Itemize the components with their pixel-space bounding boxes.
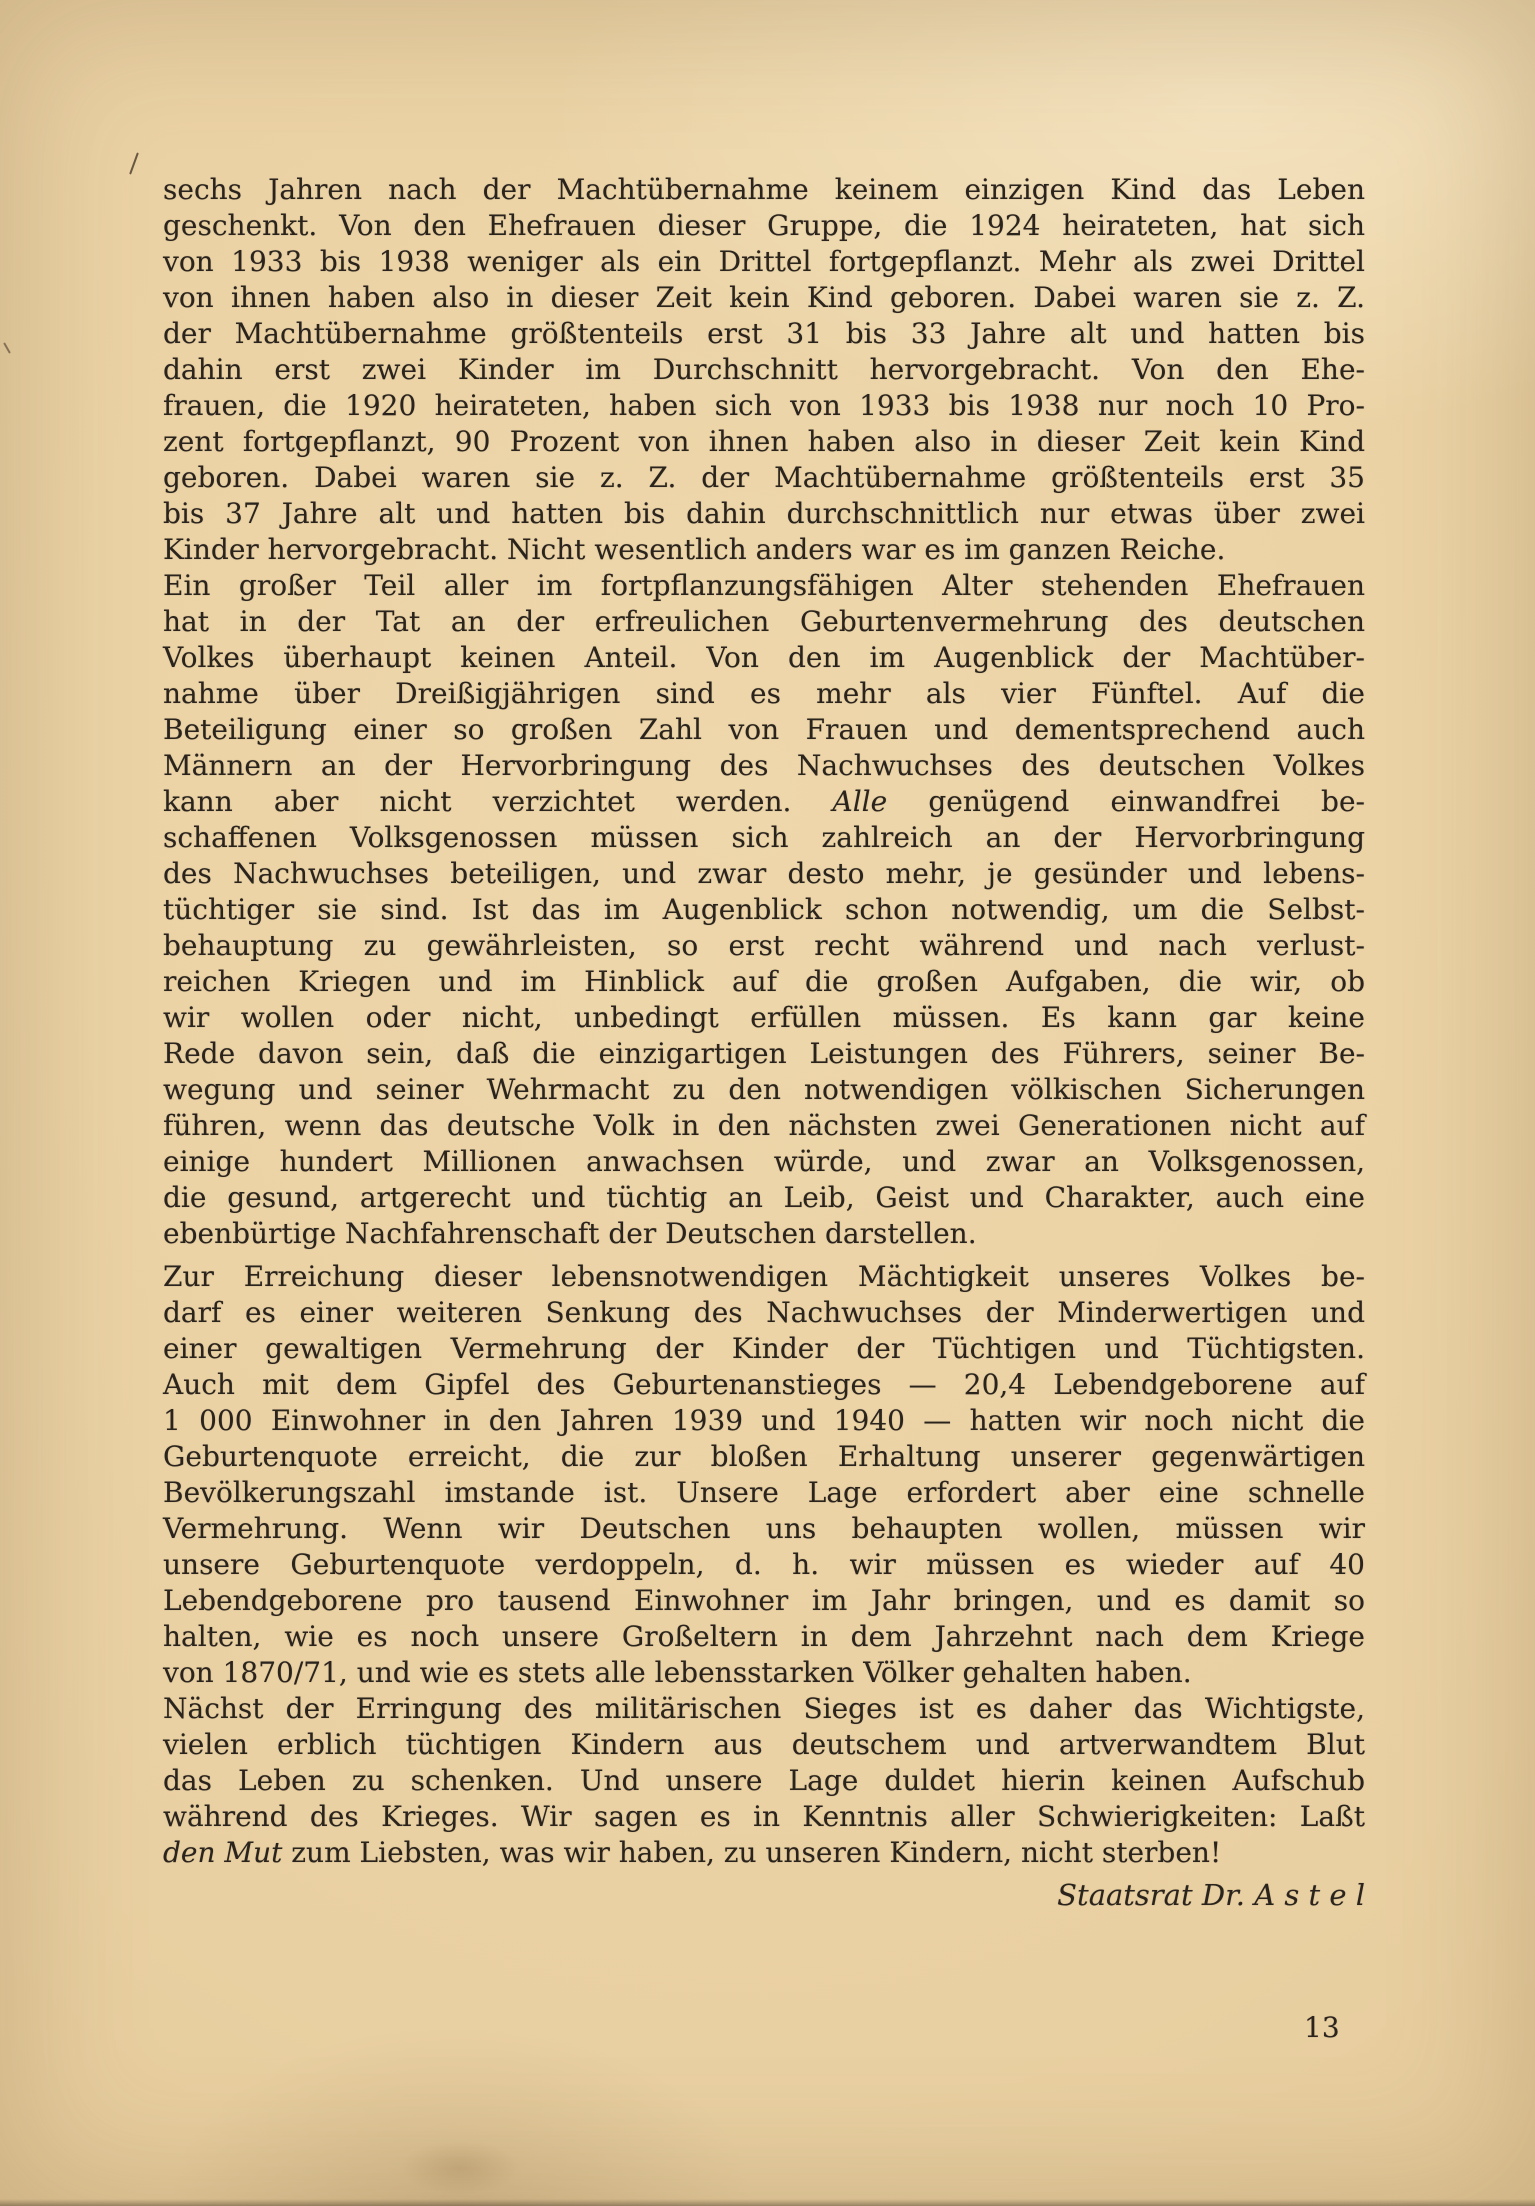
text-line: sechs Jahren nach der Machtübernahme kei…	[163, 172, 1365, 208]
text-line: 1 000 Einwohner in den Jahren 1939 und 1…	[163, 1403, 1365, 1439]
text-line: darf es einer weiteren Senkung des Nachw…	[163, 1295, 1365, 1331]
scan-edge-shadow	[0, 2199, 1535, 2206]
text-line: vielen erblich tüchtigen Kindern aus deu…	[163, 1727, 1365, 1763]
text-line: Nächst der Erringung des militärischen S…	[163, 1691, 1365, 1727]
text-line: Vermehrung. Wenn wir Deutschen uns behau…	[163, 1511, 1365, 1547]
text-line: Zur Erreichung dieser lebensnotwendigen …	[163, 1259, 1365, 1295]
text-line: Bevölkerungszahl imstande ist. Unsere La…	[163, 1475, 1365, 1511]
scanned-page: sechs Jahren nach der Machtübernahme kei…	[0, 0, 1535, 2206]
text-line: halten, wie es noch unsere Großeltern in…	[163, 1619, 1365, 1655]
text-line: dahin erst zwei Kinder im Durchschnitt h…	[163, 352, 1365, 388]
text-line: unsere Geburtenquote verdoppeln, d. h. w…	[163, 1547, 1365, 1583]
text-line: nahme über Dreißigjährigen sind es mehr …	[163, 676, 1365, 712]
text-line: von ihnen haben also in dieser Zeit kein…	[163, 280, 1365, 316]
text-line: führen, wenn das deutsche Volk in den nä…	[163, 1108, 1365, 1144]
pen-mark	[3, 342, 11, 353]
text-line: einige hundert Millionen anwachsen würde…	[163, 1144, 1365, 1180]
paragraph: Nächst der Erringung des militärischen S…	[163, 1691, 1365, 1871]
text-line: von 1870/71, und wie es stets alle leben…	[163, 1655, 1365, 1691]
text-line: des Nachwuchses beteiligen, und zwar des…	[163, 856, 1365, 892]
body-text: sechs Jahren nach der Machtübernahme kei…	[163, 172, 1365, 1913]
text-line: geschenkt. Von den Ehefrauen dieser Grup…	[163, 208, 1365, 244]
text-line: das Leben zu schenken. Und unsere Lage d…	[163, 1763, 1365, 1799]
text-line: von 1933 bis 1938 weniger als ein Dritte…	[163, 244, 1365, 280]
text-line: hat in der Tat an der erfreulichen Gebur…	[163, 604, 1365, 640]
paragraph: Zur Erreichung dieser lebensnotwendigen …	[163, 1259, 1365, 1691]
pen-mark	[129, 152, 139, 174]
text-line: frauen, die 1920 heirateten, haben sich …	[163, 388, 1365, 424]
text-line: behauptung zu gewährleisten, so erst rec…	[163, 928, 1365, 964]
text-line: Lebendgeborene pro tausend Einwohner im …	[163, 1583, 1365, 1619]
text-line: ebenbürtige Nachfahrenschaft der Deutsch…	[163, 1216, 1365, 1252]
page-number: 13	[1304, 2012, 1340, 2044]
text-line: geboren. Dabei waren sie z. Z. der Macht…	[163, 460, 1365, 496]
paragraph: sechs Jahren nach der Machtübernahme kei…	[163, 172, 1365, 568]
text-line: kann aber nicht verzichtet werden. Alle …	[163, 784, 1365, 820]
text-line: Auch mit dem Gipfel des Geburtenanstiege…	[163, 1367, 1365, 1403]
text-line: zent fortgepflanzt, 90 Prozent von ihnen…	[163, 424, 1365, 460]
text-line: wir wollen oder nicht, unbedingt erfülle…	[163, 1000, 1365, 1036]
text-line: der Machtübernahme größtenteils erst 31 …	[163, 316, 1365, 352]
text-line: Geburtenquote erreicht, die zur bloßen E…	[163, 1439, 1365, 1475]
text-line: schaffenen Volksgenossen müssen sich zah…	[163, 820, 1365, 856]
text-line: Ein großer Teil aller im fortpflanzungsf…	[163, 568, 1365, 604]
text-line: die gesund, artgerecht und tüchtig an Le…	[163, 1180, 1365, 1216]
text-line: während des Krieges. Wir sagen es in Ken…	[163, 1799, 1365, 1835]
text-line: einer gewaltigen Vermehrung der Kinder d…	[163, 1331, 1365, 1367]
text-line: Volkes überhaupt keinen Anteil. Von den …	[163, 640, 1365, 676]
text-line: den Mut zum Liebsten, was wir haben, zu …	[163, 1835, 1365, 1871]
text-line: bis 37 Jahre alt und hatten bis dahin du…	[163, 496, 1365, 532]
text-line: Männern an der Hervorbringung des Nachwu…	[163, 748, 1365, 784]
paper-stain	[400, 2140, 520, 2195]
text-line: wegung und seiner Wehrmacht zu den notwe…	[163, 1072, 1365, 1108]
text-line: Kinder hervorgebracht. Nicht wesentlich …	[163, 532, 1365, 568]
author-signature: Staatsrat Dr. A s t e l	[163, 1877, 1365, 1913]
paragraph: Ein großer Teil aller im fortpflanzungsf…	[163, 568, 1365, 1252]
text-line: reichen Kriegen und im Hinblick auf die …	[163, 964, 1365, 1000]
text-line: Rede davon sein, daß die einzigartigen L…	[163, 1036, 1365, 1072]
text-line: Beteiligung einer so großen Zahl von Fra…	[163, 712, 1365, 748]
text-line: tüchtiger sie sind. Ist das im Augenblic…	[163, 892, 1365, 928]
